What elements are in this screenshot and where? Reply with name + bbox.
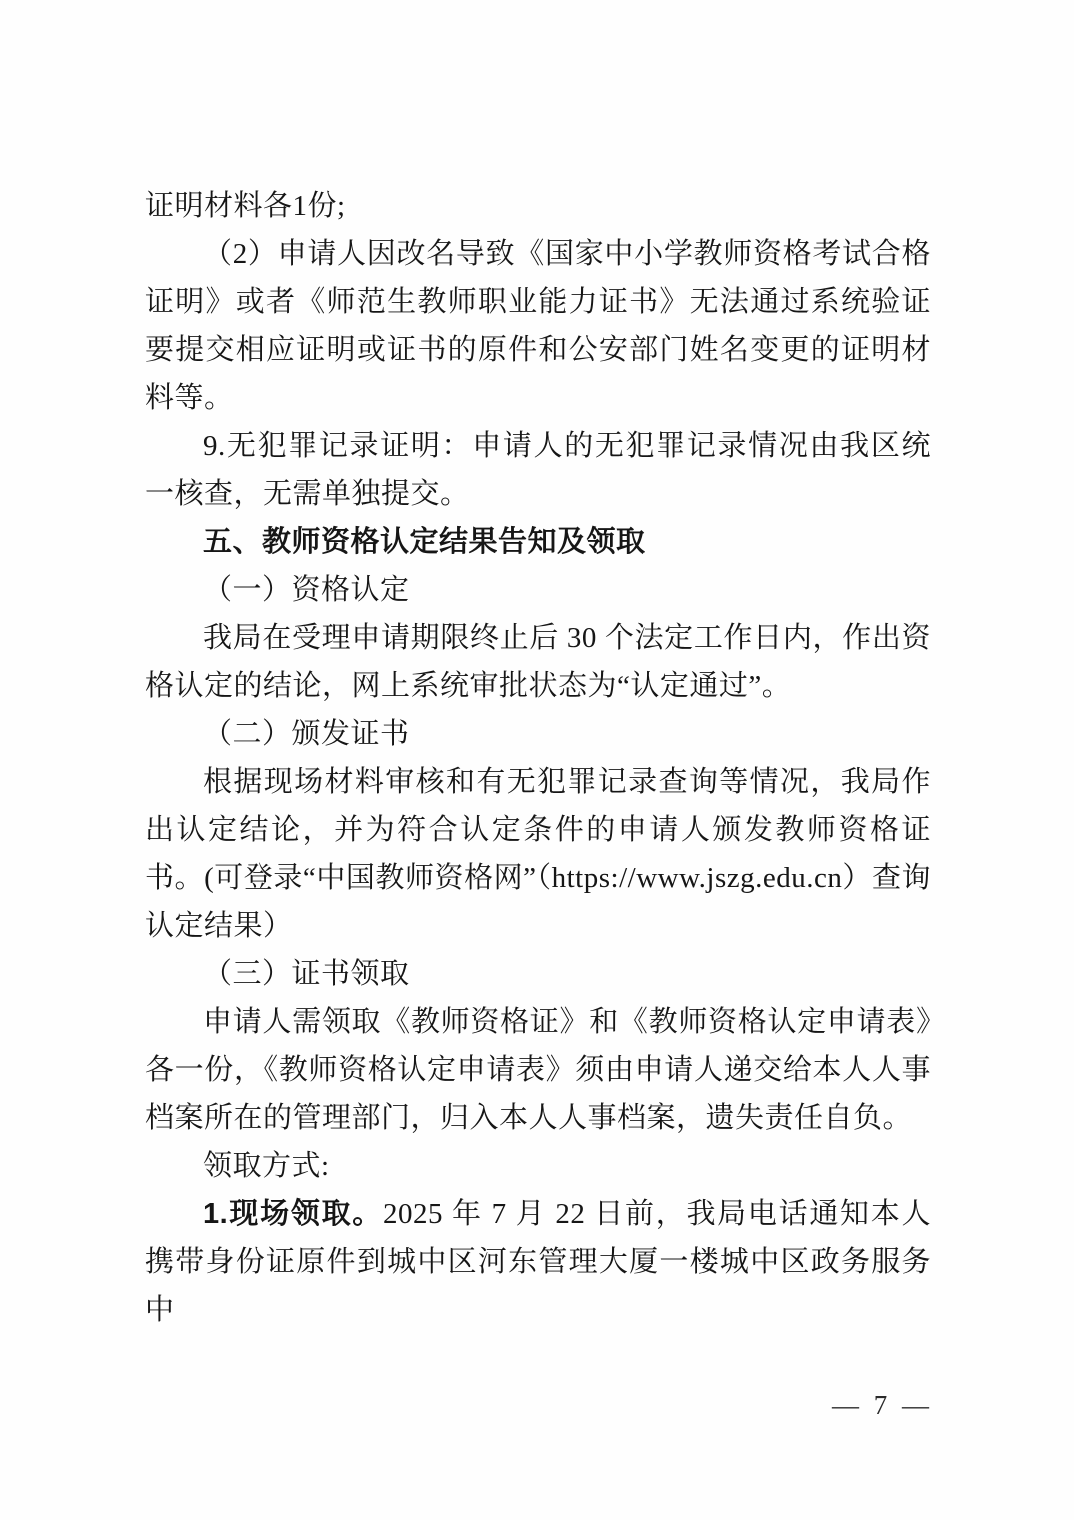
paragraph-item-9: 9.无犯罪记录证明：申请人的无犯罪记录情况由我区统一核查，无需单独提交。 bbox=[145, 422, 931, 518]
pickup-method-1-title: 1.现场领取。 bbox=[203, 1198, 383, 1230]
paragraph-continuation: 证明材料各1份; bbox=[145, 182, 931, 230]
paragraph-qualification-result: 我局在受理申请期限终止后 30 个法定工作日内，作出资格认定的结论，网上系统审批… bbox=[145, 614, 931, 710]
paragraph-pickup-method-label: 领取方式: bbox=[145, 1142, 931, 1190]
document-page: 证明材料各1份; （2）申请人因改名导致《国家中小学教师资格考试合格证明》或者《… bbox=[0, 0, 1074, 1520]
document-body: 证明材料各1份; （2）申请人因改名导致《国家中小学教师资格考试合格证明》或者《… bbox=[145, 182, 931, 1334]
paragraph-certificate-issuance: 根据现场材料审核和有无犯罪记录查询等情况，我局作出认定结论，并为符合认定条件的申… bbox=[145, 758, 931, 950]
subsection-heading-2: （二）颁发证书 bbox=[145, 710, 931, 758]
page-number: — 7 — bbox=[832, 1390, 933, 1420]
section-heading-5: 五、教师资格认定结果告知及领取 bbox=[145, 518, 931, 566]
subsection-heading-1: （一）资格认定 bbox=[145, 566, 931, 614]
paragraph-certificate-pickup: 申请人需领取《教师资格证》和《教师资格认定申请表》各一份，《教师资格认定申请表》… bbox=[145, 998, 931, 1142]
subsection-heading-3: （三）证书领取 bbox=[145, 950, 931, 998]
paragraph-item-2: （2）申请人因改名导致《国家中小学教师资格考试合格证明》或者《师范生教师职业能力… bbox=[145, 230, 931, 422]
paragraph-pickup-method-1: 1.现场领取。2025 年 7 月 22 日前，我局电话通知本人携带身份证原件到… bbox=[145, 1190, 931, 1334]
